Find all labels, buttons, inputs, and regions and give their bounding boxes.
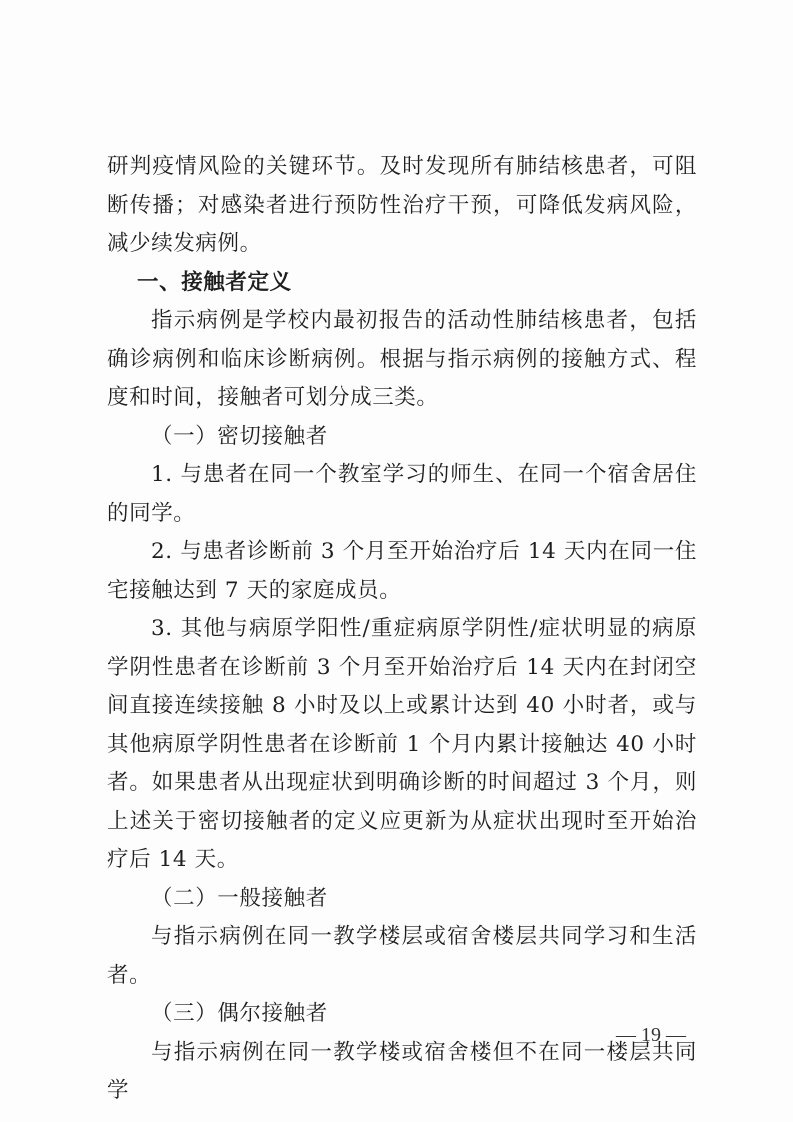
paragraph-close-contact-item-1: 1. 与患者在同一个教室学习的师生、在同一个宿舍居住的同学。 — [107, 456, 697, 533]
paragraph-index-case-definition: 指示病例是学校内最初报告的活动性肺结核患者，包括确诊病例和临床诊断病例。根据与指… — [107, 302, 697, 418]
subheading-close-contacts: （一）密切接触者 — [107, 418, 697, 457]
paragraph-continuation: 研判疫情风险的关键环节。及时发现所有肺结核患者，可阻断传播；对感染者进行预防性治… — [107, 148, 697, 264]
subheading-general-contacts: （二）一般接触者 — [107, 880, 697, 919]
paragraph-close-contact-item-3: 3. 其他与病原学阳性/重症病原学阴性/症状明显的病原学阴性患者在诊断前 3 个… — [107, 610, 697, 880]
document-body: 研判疫情风险的关键环节。及时发现所有肺结核患者，可阻断传播；对感染者进行预防性治… — [107, 148, 697, 1111]
document-page: 研判疫情风险的关键环节。及时发现所有肺结核患者，可阻断传播；对感染者进行预防性治… — [0, 0, 793, 1122]
paragraph-occasional-contacts: 与指示病例在同一教学楼或宿舍楼但不在同一楼层共同学 — [107, 1034, 697, 1111]
section-heading-contact-definition: 一、接触者定义 — [107, 264, 697, 303]
subheading-occasional-contacts: （三）偶尔接触者 — [107, 995, 697, 1034]
page-number: — 19 — — [616, 1024, 686, 1047]
paragraph-close-contact-item-2: 2. 与患者诊断前 3 个月至开始治疗后 14 天内在同一住宅接触达到 7 天的… — [107, 533, 697, 610]
paragraph-general-contacts: 与指示病例在同一教学楼层或宿舍楼层共同学习和生活者。 — [107, 918, 697, 995]
